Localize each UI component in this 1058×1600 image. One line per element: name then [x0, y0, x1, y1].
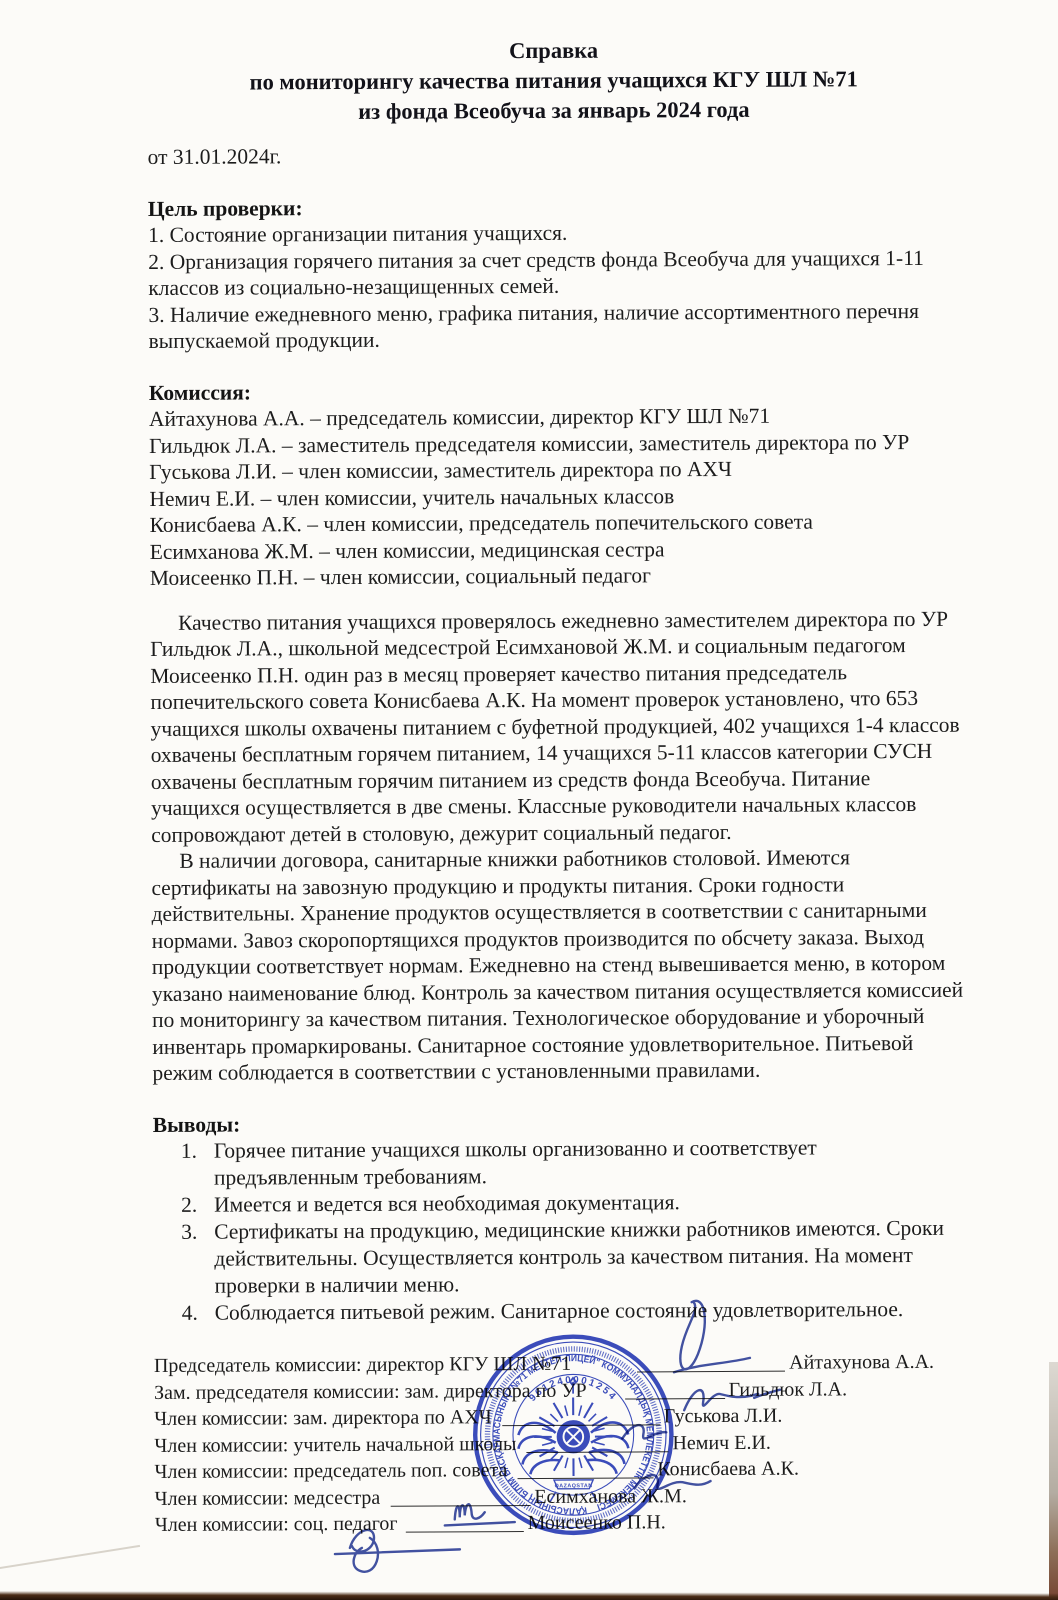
- signature-line: [406, 1519, 524, 1533]
- signature-row: Председатель комиссии: директор КГУ ШЛ №…: [154, 1349, 967, 1380]
- signature-block: Председатель комиссии: директор КГУ ШЛ №…: [154, 1349, 968, 1539]
- scan-edge-right: [1049, 1362, 1058, 1600]
- signature-line: [390, 1493, 530, 1507]
- document-date: от 31.01.2024г.: [148, 140, 961, 171]
- signature-name: Немич Е.И.: [672, 1431, 771, 1454]
- conclusion-number: 3.: [181, 1219, 214, 1300]
- signature-line: [502, 1412, 660, 1426]
- signature-line: [625, 1385, 725, 1399]
- conclusion-item: 2. Имеется и ведется вся необходимая док…: [153, 1188, 966, 1219]
- purpose-item: 2. Организация горячего питания за счет …: [148, 244, 961, 301]
- signature-label: Член комиссии: председатель поп. совета: [154, 1459, 507, 1483]
- conclusion-number: 2.: [181, 1192, 214, 1219]
- commission-member: Гильдюк Л.А. – заместитель председателя …: [149, 428, 962, 459]
- conclusion-item: 1. Горячее питание учащихся школы органи…: [153, 1134, 966, 1192]
- signature-name: Гильдюк Л.А.: [729, 1378, 848, 1401]
- body-paragraph: Качество питания учащихся проверялось еж…: [150, 605, 964, 848]
- conclusions-heading: Выводы:: [153, 1107, 966, 1138]
- document-title: Справка по мониторингу качества питания …: [147, 34, 960, 128]
- body-paragraph: В наличии договора, санитарные книжки ра…: [151, 844, 965, 1087]
- conclusion-text: Сертификаты на продукцию, медицинские кн…: [214, 1215, 966, 1300]
- signature-label: Член комиссии: медсестра: [155, 1486, 381, 1509]
- signature-name: Айтахунова А.А.: [789, 1351, 934, 1374]
- purpose-item: 3. Наличие ежедневного меню, графика пит…: [148, 297, 961, 354]
- scan-paper-corner: [0, 1545, 144, 1596]
- title-line-2: по мониторингу качества питания учащихся…: [147, 64, 960, 98]
- signature-name: Конисбаева А.К.: [657, 1458, 799, 1481]
- title-line-3: из фонда Всеобуча за январь 2024 года: [147, 94, 960, 128]
- title-line-1: Справка: [147, 34, 960, 68]
- document-content: Справка по мониторингу качества питания …: [147, 34, 968, 1539]
- signature-label: Член комиссии: учитель начальной школы: [154, 1433, 516, 1457]
- signature-label: Член комиссии: соц. педагог: [155, 1513, 398, 1536]
- commission-member: Моисеенко П.Н. – член комиссии, социальн…: [150, 561, 963, 592]
- conclusion-number: 4.: [182, 1300, 215, 1327]
- signature-name: Моисеенко П.Н.: [528, 1511, 666, 1534]
- signature-line: [637, 1359, 785, 1373]
- conclusion-text: Соблюдается питьевой режим. Санитарное с…: [215, 1296, 967, 1327]
- scanned-document-page: Справка по мониторингу качества питания …: [0, 0, 1058, 1600]
- signature-name: Есимханова Ж.М.: [534, 1485, 687, 1508]
- signature-label: Председатель комиссии: директор КГУ ШЛ №…: [154, 1353, 571, 1377]
- scan-edge-bottom: [0, 1591, 1058, 1600]
- conclusion-item: 4. Соблюдается питьевой режим. Санитарно…: [154, 1296, 967, 1327]
- conclusion-number: 1.: [181, 1138, 214, 1192]
- conclusion-item: 3. Сертификаты на продукцию, медицинские…: [153, 1215, 966, 1300]
- signature-row: Зам. председателя комиссии: зам. директо…: [154, 1375, 967, 1406]
- signature-label: Член комиссии: зам. директора по АХЧ: [154, 1406, 492, 1430]
- signature-row: Член комиссии: соц. педагогМоисеенко П.Н…: [155, 1508, 968, 1539]
- signature-label: Зам. председателя комиссии: зам. директо…: [154, 1379, 587, 1403]
- signature-name: Гуськова Л.И.: [664, 1405, 783, 1428]
- conclusion-text: Горячее питание учащихся школы организов…: [214, 1134, 966, 1192]
- conclusion-text: Имеется и ведется вся необходимая докуме…: [214, 1188, 966, 1219]
- signature-line: [526, 1439, 668, 1453]
- signature-line: [517, 1465, 653, 1479]
